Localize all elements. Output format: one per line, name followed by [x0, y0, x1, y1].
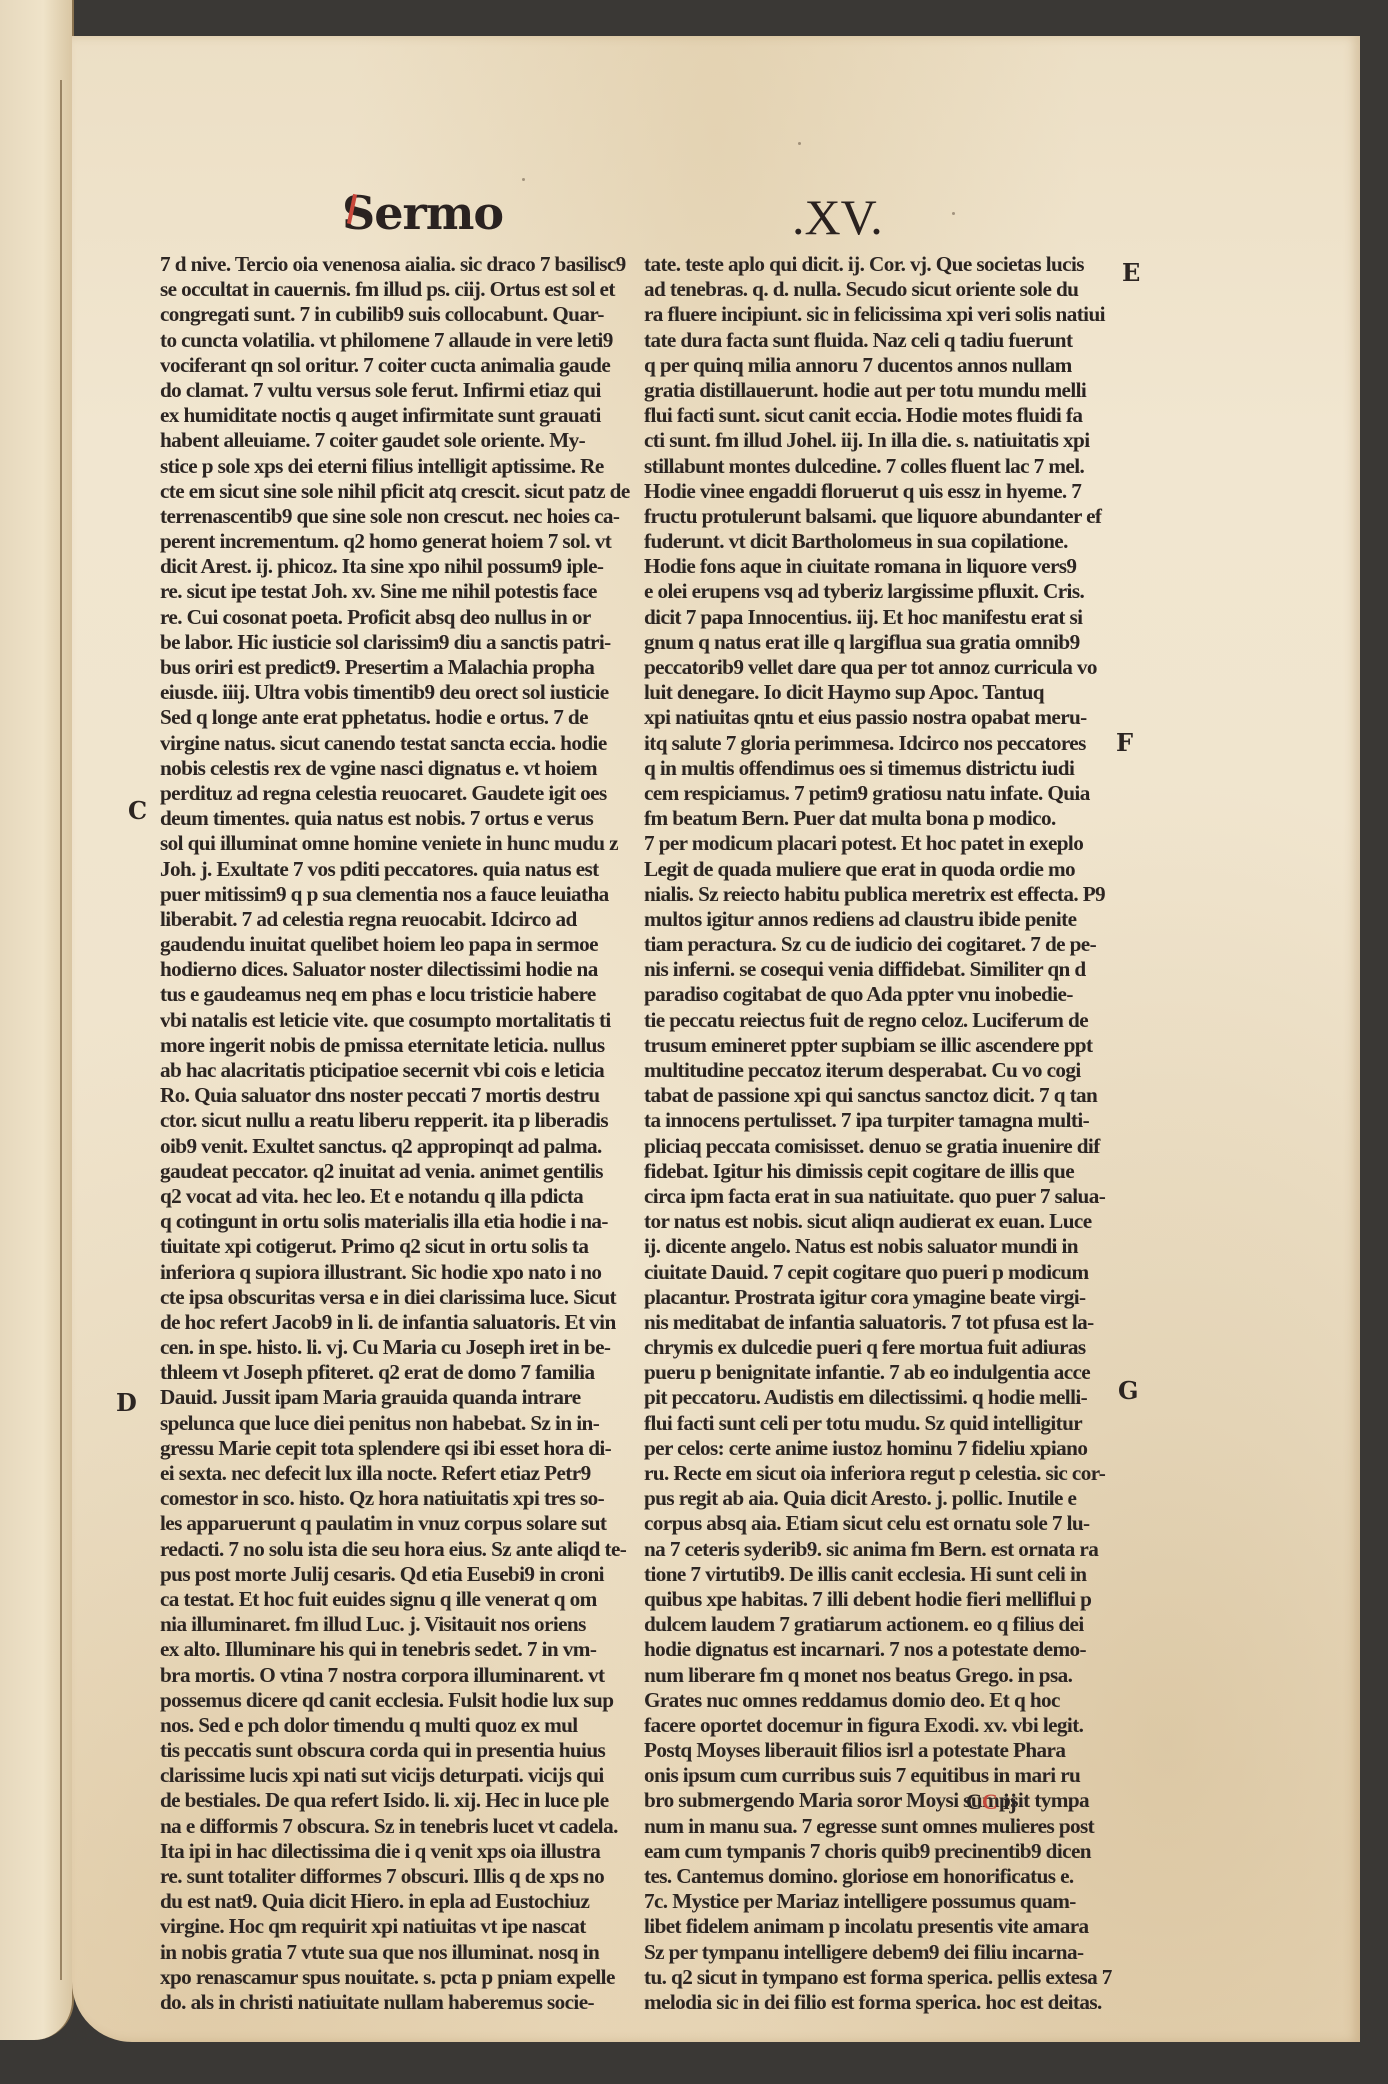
text-line: dulcem laudem 7 gratiarum actionem. eo q… [644, 1612, 1134, 1637]
text-line: ex alto. Illuminare his qui in tenebris … [160, 1637, 650, 1662]
text-line: hodie dignatus est incarnari. 7 nos a po… [644, 1637, 1134, 1662]
text-line: bra mortis. O vtina 7 nostra corpora ill… [160, 1663, 650, 1688]
text-line: puer mitissim9 q p sua clementia nos a f… [160, 882, 650, 907]
text-line: circa ipm facta erat in sua natiuitate. … [644, 1184, 1134, 1209]
text-line: re. sicut ipe testat Joh. xv. Sine me ni… [160, 579, 650, 604]
text-line: du est nat9. Quia dicit Hiero. in epla a… [160, 1889, 650, 1914]
text-line: q cotingunt in ortu solis materialis ill… [160, 1209, 650, 1234]
text-line: deum timentes. quia natus est nobis. 7 o… [160, 806, 650, 831]
text-line: tiam peractura. Sz cu de iudicio dei cog… [644, 932, 1134, 957]
text-line: trusum emineret ppter supbiam se illic a… [644, 1033, 1134, 1058]
text-line: Postq Moyses liberauit filios isrl a pot… [644, 1738, 1134, 1763]
text-line: corpus absq aia. Etiam sicut celu est or… [644, 1511, 1134, 1536]
text-line: gaudendu inuitat quelibet hoiem leo papa… [160, 932, 650, 957]
text-line: Sed q longe ante erat pphetatus. hodie e… [160, 705, 650, 730]
text-line: ad tenebras. q. d. nulla. Secudo sicut o… [644, 277, 1134, 302]
text-line: na 7 ceteris syderib9. sic anima fm Bern… [644, 1537, 1134, 1562]
text-line: ra fluere incipiunt. sic in felicissima … [644, 302, 1134, 327]
ink-speck [952, 212, 955, 215]
text-line: nialis. Sz reiecto habitu publica meretr… [644, 882, 1134, 907]
text-line: xpo renascamur spus nouitate. s. pcta p … [160, 1965, 650, 1990]
running-head: Sermo .XV. [72, 186, 1360, 246]
text-line: Dauid. Jussit ipam Maria grauida quanda … [160, 1385, 650, 1410]
text-line: ctor. sicut nullu a reatu liberu repperi… [160, 1108, 650, 1133]
text-line: cti sunt. fm illud Johel. iij. In illa d… [644, 428, 1134, 453]
ink-speck [522, 178, 525, 181]
text-line: Hodie fons aque in ciuitate romana in li… [644, 554, 1134, 579]
text-line: ij. dicente angelo. Natus est nobis salu… [644, 1234, 1134, 1259]
text-line: tate. teste aplo qui dicit. ij. Cor. vj.… [644, 252, 1134, 277]
margin-letter-g: G [1118, 1376, 1139, 1405]
text-line: nia illuminaret. fm illud Luc. j. Visita… [160, 1612, 650, 1637]
text-line: inferiora q supiora illustrant. Sic hodi… [160, 1260, 650, 1285]
right-text-column: tate. teste aplo qui dicit. ij. Cor. vj.… [644, 252, 1134, 2015]
text-line: peccatorib9 vellet dare qua per tot anno… [644, 655, 1134, 680]
text-line: habent alleuiame. 7 coiter gaudet sole o… [160, 428, 650, 453]
text-line: nobis celestis rex de vgine nasci dignat… [160, 756, 650, 781]
text-line: dicit Arest. ij. phicoz. Ita sine xpo ni… [160, 554, 650, 579]
text-line: Hodie vinee engaddi floruerut q uis essz… [644, 479, 1134, 504]
text-line: spelunca que luce diei penitus non habeb… [160, 1411, 650, 1436]
text-line: 7c. Mystice per Mariaz intelligere possu… [644, 1889, 1134, 1914]
signature-mark: CC ij [966, 1789, 1017, 1815]
text-line: terrenascentib9 que sine sole non crescu… [160, 504, 650, 529]
gutter-line [60, 80, 62, 1980]
text-line: chrymis ex dulcedie pueri q fere mortua … [644, 1335, 1134, 1360]
text-line: libet fidelem animam p incolatu presenti… [644, 1914, 1134, 1939]
text-line: cte ipsa obscuritas versa e in diei clar… [160, 1285, 650, 1310]
text-line: comestor in sco. histo. Qz hora natiuita… [160, 1486, 650, 1511]
text-line: perent incrementum. q2 homo generat hoie… [160, 529, 650, 554]
text-line: luit denegare. Io dicit Haymo sup Apoc. … [644, 680, 1134, 705]
text-line: bus oriri est predict9. Presertim a Mala… [160, 655, 650, 680]
text-line: pliciaq peccata comisisset. denuo se gra… [644, 1134, 1134, 1159]
text-line: placantur. Prostrata igitur cora ymagine… [644, 1285, 1134, 1310]
running-head-left: Sermo [342, 186, 503, 240]
text-line: Grates nuc omnes reddamus domio deo. Et … [644, 1688, 1134, 1713]
text-line: oib9 venit. Exultet sanctus. q2 appropin… [160, 1134, 650, 1159]
text-line: na e difformis 7 obscura. Sz in tenebris… [160, 1814, 650, 1839]
margin-letter-d: D [116, 1388, 137, 1417]
text-line: vbi natalis est leticie vite. que cosump… [160, 1008, 650, 1033]
text-line: xpi natiuitas qntu et eius passio nostra… [644, 705, 1134, 730]
text-line: per celos: certe anime iustoz hominu 7 f… [644, 1436, 1134, 1461]
text-line: ru. Recte em sicut oia inferiora regut p… [644, 1461, 1134, 1486]
text-line: facere oportet docemur in figura Exodi. … [644, 1713, 1134, 1738]
running-head-right: .XV. [792, 188, 883, 246]
book-leaf: Sermo .XV. 7 d nive. Tercio oia venenosa… [72, 36, 1360, 2042]
text-line: multitudine peccatoz iterum desperabat. … [644, 1058, 1134, 1083]
signature-prefix: C [966, 1789, 982, 1814]
signature-suffix: ij [998, 1789, 1017, 1814]
text-line: melodia sic in dei filio est forma speri… [644, 1990, 1134, 2015]
text-line: flui facti sunt. sicut canit eccia. Hodi… [644, 403, 1134, 428]
text-line: do. als in christi natiuitate nullam hab… [160, 1990, 650, 2015]
text-line: gressu Marie cepit tota splendere qsi ib… [160, 1436, 650, 1461]
text-line: num liberare fm q monet nos beatus Grego… [644, 1663, 1134, 1688]
text-line: do clamat. 7 vultu versus sole ferut. In… [160, 378, 650, 403]
text-line: virgine natus. sicut canendo testat sanc… [160, 731, 650, 756]
text-line: hodierno dices. Saluator noster dilectis… [160, 957, 650, 982]
text-line: tis peccatis sunt obscura corda qui in p… [160, 1738, 650, 1763]
text-line: tie peccatu reiectus fuit de regno celoz… [644, 1008, 1134, 1033]
text-line: q in multis offendimus oes si timemus di… [644, 756, 1134, 781]
text-line: 7 d nive. Tercio oia venenosa aialia. si… [160, 252, 650, 277]
text-line: fuderunt. vt dicit Bartholomeus in sua c… [644, 529, 1134, 554]
margin-letter-e: E [1122, 258, 1140, 287]
margin-letter-f: F [1116, 728, 1133, 757]
text-line: redacti. 7 no solu ista die seu hora eiu… [160, 1537, 650, 1562]
left-text-column: 7 d nive. Tercio oia venenosa aialia. si… [160, 252, 650, 2015]
text-line: gaudeat peccator. q2 inuitat ad venia. a… [160, 1159, 650, 1184]
text-line: Joh. j. Exultate 7 vos pditi peccatores.… [160, 857, 650, 882]
signature-rubric: C [982, 1789, 998, 1814]
text-line: tor natus est nobis. sicut aliqn audiera… [644, 1209, 1134, 1234]
text-line: nos. Sed e pch dolor timendu q multi quo… [160, 1713, 650, 1738]
text-line: perdituz ad regna celestia reuocaret. Ga… [160, 781, 650, 806]
text-line: pueru p benignitate infantie. 7 ab eo in… [644, 1360, 1134, 1385]
text-line: pus post morte Julij cesaris. Qd etia Eu… [160, 1562, 650, 1587]
text-line: vociferant qn sol oritur. 7 coiter cucta… [160, 353, 650, 378]
text-line: tabat de passione xpi qui sanctus sancto… [644, 1083, 1134, 1108]
text-line: q per quinq milia annoru 7 ducentos anno… [644, 353, 1134, 378]
margin-letter-c: C [128, 796, 147, 825]
text-line: dicit 7 papa Innocentius. iij. Et hoc ma… [644, 605, 1134, 630]
text-line: Ro. Quia saluator dns noster peccati 7 m… [160, 1083, 650, 1108]
text-line: re. sunt totaliter difformes 7 obscuri. … [160, 1864, 650, 1889]
text-line: ciuitate Dauid. 7 cepit cogitare quo pue… [644, 1260, 1134, 1285]
text-line: more ingerit nobis de pmissa eternitate … [160, 1033, 650, 1058]
text-line: q2 vocat ad vita. hec leo. Et e notandu … [160, 1184, 650, 1209]
text-line: tus e gaudeamus neq em phas e locu trist… [160, 982, 650, 1007]
text-line: nis inferni. se cosequi venia diffidebat… [644, 957, 1134, 982]
ink-speck [798, 142, 801, 145]
text-line: eam cum tympanis 7 choris quib9 precinen… [644, 1839, 1134, 1864]
text-line: in nobis gratia 7 vtute sua que nos illu… [160, 1940, 650, 1965]
text-line: bro submergendo Maria soror Moysi sumpsi… [644, 1788, 1134, 1813]
text-line: to cuncta volatilia. vt philomene 7 alla… [160, 328, 650, 353]
text-line: cen. in spe. histo. li. vj. Cu Maria cu … [160, 1335, 650, 1360]
text-line: fidebat. Igitur his dimissis cepit cogit… [644, 1159, 1134, 1184]
text-line: tu. q2 sicut in tympano est forma speric… [644, 1965, 1134, 1990]
text-line: ta innocens pertulisset. 7 ipa turpiter … [644, 1108, 1134, 1133]
text-line: ex humiditate noctis q auget infirmitate… [160, 403, 650, 428]
text-line: virgine. Hoc qm requirit xpi natiuitas v… [160, 1914, 650, 1939]
text-line: onis ipsum cum curribus suis 7 equitibus… [644, 1763, 1134, 1788]
text-line: 7 per modicum placari potest. Et hoc pat… [644, 831, 1134, 856]
text-line: fm beatum Bern. Puer dat multa bona p mo… [644, 806, 1134, 831]
text-line: quibus xpe habitas. 7 illi debent hodie … [644, 1587, 1134, 1612]
text-line: liberabit. 7 ad celestia regna reuocabit… [160, 907, 650, 932]
text-line: tes. Cantemus domino. gloriose em honori… [644, 1864, 1134, 1889]
text-line: ab hac alacritatis pticipatioe secernit … [160, 1058, 650, 1083]
text-line: cem respiciamus. 7 petim9 gratiosu natu … [644, 781, 1134, 806]
text-line: gnum q natus erat ille q largiflua sua g… [644, 630, 1134, 655]
facing-page-edge [0, 0, 74, 2040]
text-line: paradiso cogitabat de quo Ada ppter vnu … [644, 982, 1134, 1007]
text-line: multos igitur annos rediens ad claustru … [644, 907, 1134, 932]
text-line: pus regit ab aia. Quia dicit Aresto. j. … [644, 1486, 1134, 1511]
text-line: tione 7 virtutib9. De illis canit eccles… [644, 1562, 1134, 1587]
text-line: tiuitate xpi cotigerut. Primo q2 sicut i… [160, 1234, 650, 1259]
text-line: itq salute 7 gloria perimmesa. Idcirco n… [644, 731, 1134, 756]
text-line: possemus dicere qd canit ecclesia. Fulsi… [160, 1688, 650, 1713]
text-line: pit peccatoru. Audistis em dilectissimi.… [644, 1385, 1134, 1410]
text-line: ca testat. Et hoc fuit euides signu q il… [160, 1587, 650, 1612]
text-line: be labor. Hic iusticie sol clarissim9 di… [160, 630, 650, 655]
text-line: Ita ipi in hac dilectissima die i q veni… [160, 1839, 650, 1864]
text-line: stice p sole xps dei eterni filius intel… [160, 454, 650, 479]
text-line: thleem vt Joseph pfiteret. q2 erat de do… [160, 1360, 650, 1385]
text-line: stillabunt montes dulcedine. 7 colles fl… [644, 454, 1134, 479]
text-line: de hoc refert Jacob9 in li. de infantia … [160, 1310, 650, 1335]
text-line: congregati sunt. 7 in cubilib9 suis coll… [160, 302, 650, 327]
text-line: de bestiales. De qua refert Isido. li. x… [160, 1788, 650, 1813]
text-line: fructu protulerunt balsami. que liquore … [644, 504, 1134, 529]
text-line: nis meditabat de infantia saluatoris. 7 … [644, 1310, 1134, 1335]
text-line: e olei erupens vsq ad tyberiz largissime… [644, 579, 1134, 604]
text-line: flui facti sunt celi per totu mudu. Sz q… [644, 1411, 1134, 1436]
text-line: les apparuerunt q paulatim in vnuz corpu… [160, 1511, 650, 1536]
text-line: clarissime lucis xpi nati sut vicijs det… [160, 1763, 650, 1788]
text-line: tate dura facta sunt fluida. Naz celi q … [644, 328, 1134, 353]
text-line: ei sexta. nec defecit lux illa nocte. Re… [160, 1461, 650, 1486]
text-line: sol qui illuminat omne homine veniete in… [160, 831, 650, 856]
text-line: Legit de quada muliere que erat in quoda… [644, 857, 1134, 882]
running-head-left-text: Sermo [342, 186, 503, 240]
text-line: cte em sicut sine sole nihil pficit atq … [160, 479, 650, 504]
text-line: eiusde. iiij. Ultra vobis timentib9 deu … [160, 680, 650, 705]
text-line: se occultat in cauernis. fm illud ps. ci… [160, 277, 650, 302]
text-line: re. Cui cosonat poeta. Proficit absq deo… [160, 605, 650, 630]
text-line: num in manu sua. 7 egresse sunt omnes mu… [644, 1814, 1134, 1839]
text-line: gratia distillauerunt. hodie aut per tot… [644, 378, 1134, 403]
text-line: Sz per tympanu intelligere debem9 dei fi… [644, 1940, 1134, 1965]
